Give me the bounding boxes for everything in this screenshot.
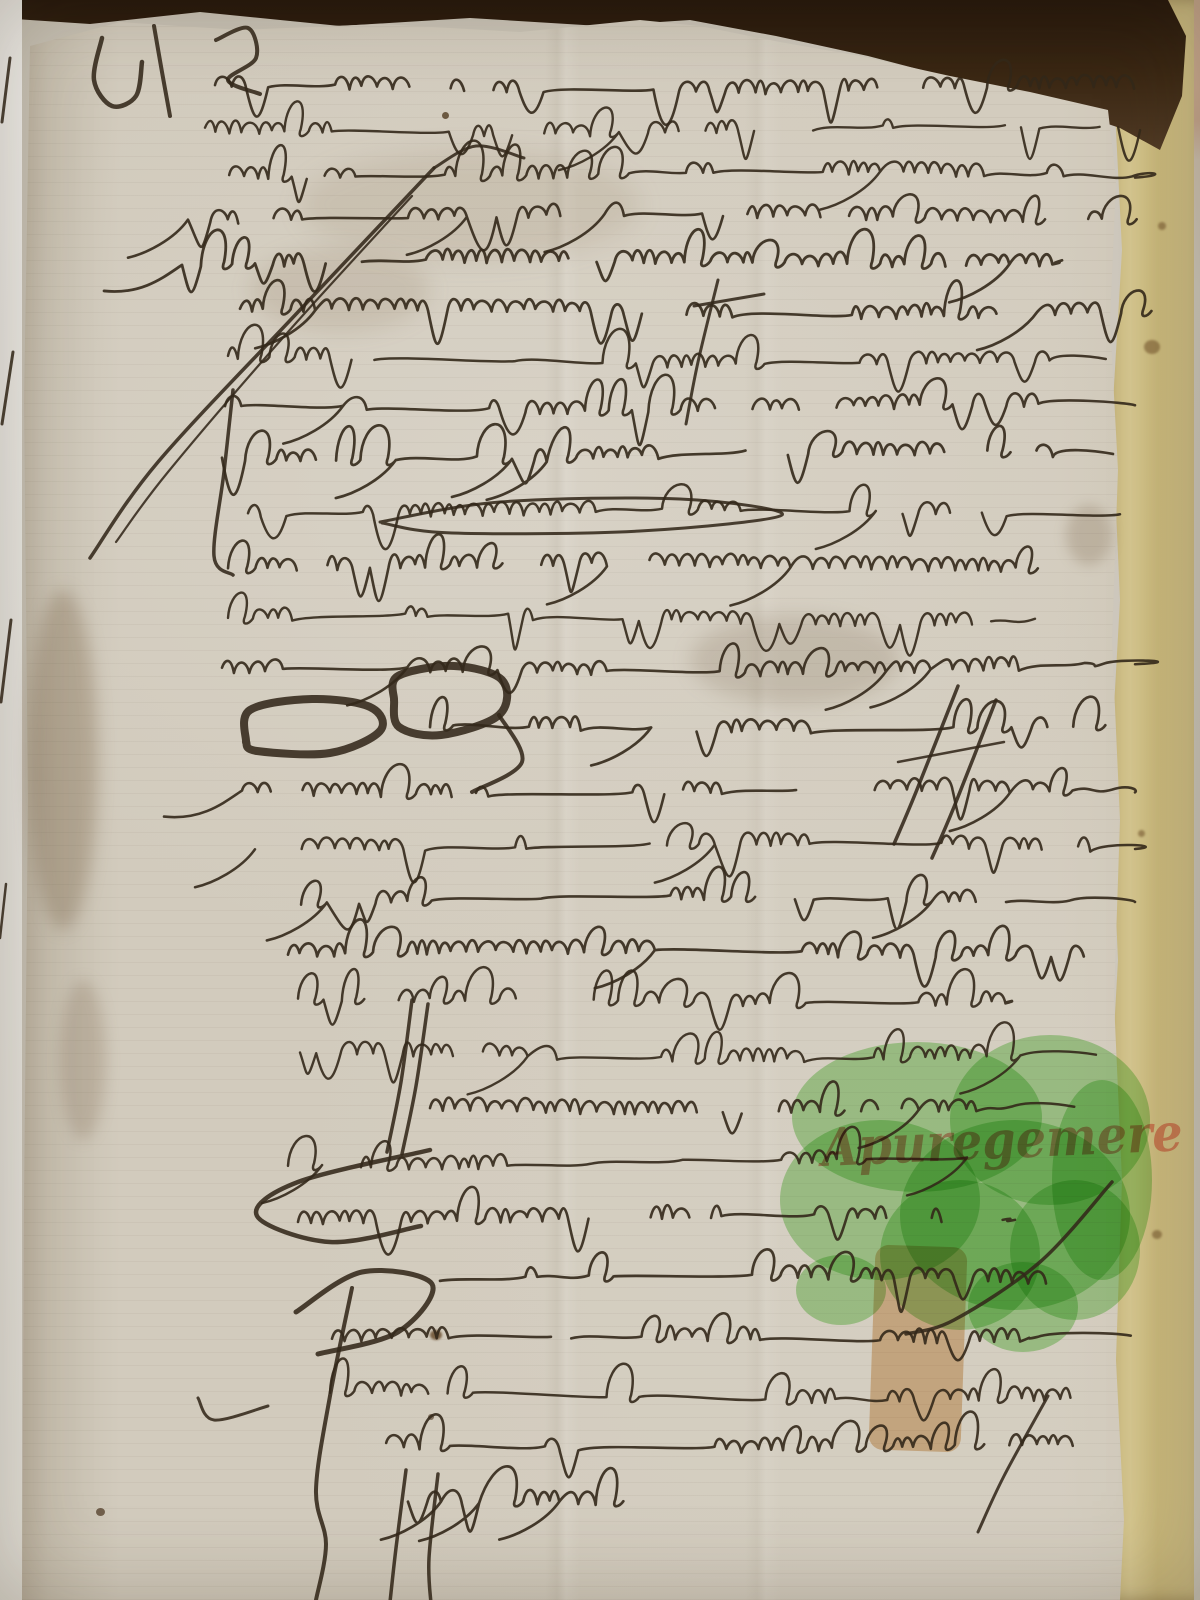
ink-stroke [248,484,1120,549]
ink-stroke [906,1182,1112,1334]
ink-stroke [978,1396,1048,1532]
ink-stroke [402,1004,428,1154]
ink-stroke [430,697,1105,766]
ink-stroke [240,280,1151,350]
ink-stroke [222,643,1158,709]
ink-stroke [215,60,1166,125]
ink-stroke [164,764,1136,831]
ink-stroke [128,194,1137,257]
ink-stroke [381,1466,623,1541]
ink-stroke [214,390,233,575]
ink-stroke [228,325,1106,392]
ink-stroke [228,534,1038,605]
ink-stroke [244,699,383,754]
ink-stroke [0,884,6,938]
ink-stroke [104,229,1062,302]
ink-stroke [298,1187,1015,1255]
ink-stroke [205,101,1140,170]
ink-stroke [296,1270,433,1354]
ink-stroke [392,666,507,736]
ink-stroke [386,1412,1073,1478]
ink-stroke [288,919,1084,988]
ink-stroke [229,141,1155,210]
ink-stroke [440,1249,1046,1311]
ink-stroke [216,28,260,94]
ink-stroke [94,38,142,107]
ink-stroke [330,1358,1070,1420]
ink-stroke [116,196,412,542]
ink-stroke [195,823,1146,887]
manuscript-photo: Apuregemere [0,0,1200,1600]
handwriting-ink [0,0,1200,1600]
ink-stroke [1,620,11,702]
ink-stroke [198,1398,268,1420]
ink-stroke [332,1313,1131,1360]
ink-stroke [2,58,10,122]
ink-stroke [222,424,1113,500]
ink-stroke [694,294,764,306]
ink-stroke [298,967,1012,1030]
ink-stroke [154,26,170,116]
ink-stroke [2,352,13,424]
ink-stroke [225,375,1135,445]
ink-stroke [228,593,1035,656]
ink-stroke [898,742,1004,762]
